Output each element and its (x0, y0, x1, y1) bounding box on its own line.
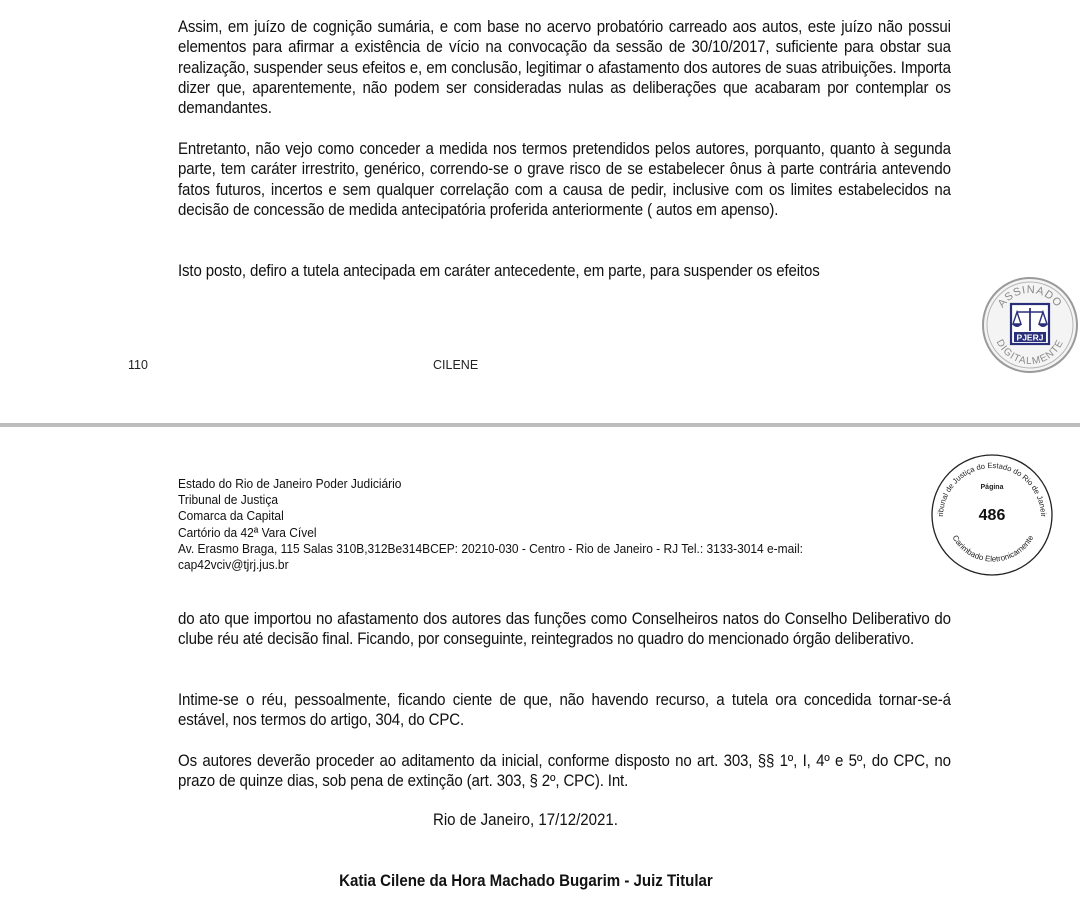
paragraph-aditamento: Os autores deverão proceder ao aditament… (178, 751, 951, 792)
footer-name: CILENE (433, 358, 478, 372)
header-line-address: Av. Erasmo Braga, 115 Salas 310B,312Be31… (178, 541, 803, 557)
paragraph-cognicao: Assim, em juízo de cognição sumária, e c… (178, 17, 951, 118)
judge-signature: Katia Cilene da Hora Machado Bugarim - J… (0, 872, 1052, 891)
paragraph-do-ato: do ato que importou no afastamento dos a… (178, 609, 951, 650)
paragraph-isto-posto: Isto posto, defiro a tutela antecipada e… (178, 261, 951, 281)
footer-page-number: 110 (128, 358, 148, 372)
page-stamp-icon: Tribunal de Justiça do Estado do Rio de … (929, 451, 1055, 579)
svg-text:Página: Página (981, 484, 1004, 491)
svg-text:486: 486 (979, 507, 1006, 524)
court-header: Estado do Rio de Janeiro Poder Judiciári… (178, 476, 803, 573)
date-line: Rio de Janeiro, 17/12/2021. (0, 811, 1051, 830)
svg-text:PJERJ: PJERJ (1017, 333, 1044, 343)
header-line-cartorio: Cartório da 42ª Vara Cível (178, 525, 803, 541)
header-line-state: Estado do Rio de Janeiro Poder Judiciári… (178, 476, 803, 492)
header-line-comarca: Comarca da Capital (178, 508, 803, 524)
header-line-tribunal: Tribunal de Justiça (178, 492, 803, 508)
document-page-top: Assim, em juízo de cognição sumária, e c… (0, 0, 1080, 423)
header-line-email: cap42vciv@tjrj.jus.br (178, 557, 803, 573)
paragraph-intime-se: Intime-se o réu, pessoalmente, ficando c… (178, 690, 951, 731)
paragraph-entretanto: Entretanto, não vejo como conceder a med… (178, 139, 951, 220)
digital-signature-seal-icon: ASSINADO DIGITALMENTE PJERJ (980, 276, 1080, 374)
